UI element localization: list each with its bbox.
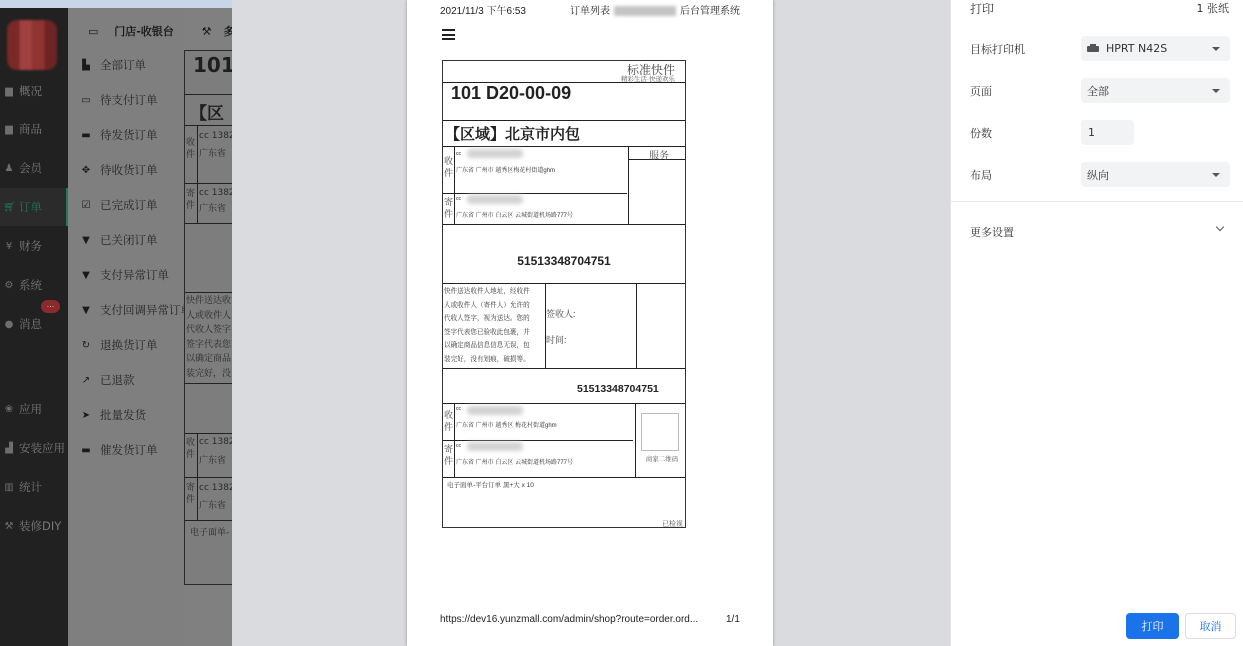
dropbox-icon: ✥ bbox=[80, 165, 92, 176]
tracking-number-2: 51513348704751 bbox=[577, 383, 659, 395]
sidebar-item-5[interactable]: ⚙系统 bbox=[0, 266, 68, 304]
notice-line: 装完好，没有划痕，破损等。 bbox=[444, 353, 530, 363]
sidebar-item-7[interactable]: ❀应用 bbox=[0, 390, 68, 428]
submenu-item-2[interactable]: ▬待发货订单 bbox=[80, 125, 158, 145]
pages-label: 页面 bbox=[970, 83, 992, 99]
submenu-item-8[interactable]: ↻退换货订单 bbox=[80, 335, 158, 355]
dropdown-arrow-icon bbox=[1212, 173, 1220, 177]
gavel-icon: ⚒ bbox=[202, 25, 212, 38]
print-preview-area: 2021/11/3 下午6:53 订单列表后台管理系统 标准快件 精彩生活·快递… bbox=[232, 0, 950, 646]
credit-card-icon: ▭ bbox=[80, 95, 92, 106]
top-nav-multistore[interactable]: ⚒多门店核 bbox=[202, 25, 232, 38]
sidebar-item-0[interactable]: ▆概况 bbox=[0, 72, 68, 110]
submenu-item-7[interactable]: ▼支付回调异常订单 bbox=[80, 300, 192, 320]
send-label-2: 寄件 bbox=[444, 443, 453, 467]
trash-icon: ▼ bbox=[80, 270, 92, 281]
chart-icon: ▥ bbox=[3, 482, 15, 493]
hamburger-icon bbox=[442, 29, 455, 43]
hammer-icon: ⚒ bbox=[3, 521, 15, 532]
send-address-1: 广东省 广州市 白云区 云城街道机场路777号 bbox=[456, 210, 573, 219]
trash-icon: ▼ bbox=[80, 305, 92, 316]
recv-address-1: 广东省 广州市 越秀区梅花村街道ghm bbox=[456, 165, 555, 174]
dropdown-arrow-icon bbox=[1212, 47, 1220, 51]
send-address-2: 广东省 广州市 白云区 云城街道机场路777号 bbox=[456, 457, 573, 466]
gears-icon: ⚙ bbox=[3, 280, 15, 291]
refresh-icon: ↻ bbox=[80, 340, 92, 351]
submenu-item-10[interactable]: ➤批量发货 bbox=[80, 405, 146, 425]
page-footer-number: 1/1 bbox=[726, 614, 740, 625]
send-label-1: 寄件 bbox=[444, 196, 453, 220]
members-icon: ♟ bbox=[3, 163, 15, 174]
order-info: 电子面单-平台订单 黑+大 x 10 bbox=[447, 480, 534, 489]
shipping-label: 标准快件 精彩生活·快递欢乐 101 D20-00-09 【区域】北京市内包 收… bbox=[442, 60, 686, 528]
copy-icon: ▙ bbox=[80, 60, 92, 71]
page-header-title: 订单列表后台管理系统 bbox=[570, 2, 740, 17]
destination-select[interactable]: HPRT N42S bbox=[1081, 36, 1230, 61]
sidebar-item-4[interactable]: ¥财务 bbox=[0, 227, 68, 265]
cart-icon: 🛒︎ bbox=[3, 202, 15, 213]
redacted-phone bbox=[467, 195, 523, 204]
destination-label: 目标打印机 bbox=[970, 41, 1025, 57]
redacted-phone bbox=[467, 406, 523, 415]
merchant-qr-code bbox=[641, 413, 679, 451]
submenu-item-5[interactable]: ▼已关闭订单 bbox=[80, 230, 158, 250]
page-footer-url: https://dev16.yunzmall.com/admin/shop?ro… bbox=[440, 614, 698, 625]
overview-icon: ▆ bbox=[3, 86, 15, 97]
submenu-item-0[interactable]: ▙全部订单 bbox=[80, 55, 146, 75]
submenu-item-1[interactable]: ▭待支付订单 bbox=[80, 90, 158, 110]
browser-strip bbox=[0, 0, 232, 8]
background-receipt-partial: 101 【区 收件 cc 1382 广东省 寄件 cc 1382 广东省 快件送… bbox=[184, 50, 232, 585]
pages-select[interactable]: 全部 bbox=[1081, 78, 1230, 103]
background-admin-app: ▆概况▆商品♟会员🛒︎订单¥财务⚙系统●消息❀应用▟安装应用▥统计⚒装修DIY … bbox=[0, 0, 232, 646]
redacted-phone bbox=[467, 149, 523, 158]
puzzle-icon: ▟ bbox=[3, 443, 15, 454]
copies-input[interactable]: 1 bbox=[1081, 120, 1134, 145]
region-code: 【区域】北京市内包 bbox=[445, 123, 580, 144]
check-square-icon: ☑ bbox=[80, 200, 92, 211]
recv-label-2: 收件 bbox=[444, 409, 453, 433]
paper-plane-icon: ➤ bbox=[80, 410, 92, 421]
dropdown-arrow-icon bbox=[1212, 89, 1220, 93]
submenu-item-4[interactable]: ☑已完成订单 bbox=[80, 195, 158, 215]
recv-label-1: 收件 bbox=[444, 155, 453, 179]
message-badge: ... bbox=[41, 300, 60, 313]
chevron-down-icon[interactable] bbox=[1216, 223, 1224, 231]
layout-select[interactable]: 纵向 bbox=[1081, 162, 1230, 187]
layout-label: 布局 bbox=[970, 167, 992, 183]
share-icon: ↗ bbox=[80, 375, 92, 386]
shop-logo-avatar bbox=[7, 20, 57, 70]
notice-line: 签字代表您已验收此包裹，并 bbox=[444, 326, 530, 336]
submenu-item-6[interactable]: ▼支付异常订单 bbox=[80, 265, 169, 285]
recv-address-2: 广东省 广州市 越秀区 梅花村街道ghm bbox=[456, 420, 557, 429]
sidebar-item-10[interactable]: ⚒装修DIY bbox=[0, 507, 68, 545]
sidebar-item-9[interactable]: ▥统计 bbox=[0, 468, 68, 506]
printer-icon bbox=[1087, 44, 1099, 54]
print-settings-panel: 打印 1 张纸 目标打印机 HPRT N42S 页面 全部 份数 1 布局 纵向… bbox=[950, 0, 1243, 646]
redacted-text bbox=[614, 6, 676, 16]
submenu-item-9[interactable]: ↗已退款 bbox=[80, 370, 135, 390]
qr-label: 商家二维码 bbox=[637, 454, 687, 463]
yen-icon: ¥ bbox=[3, 241, 15, 252]
screen: ▆概况▆商品♟会员🛒︎订单¥财务⚙系统●消息❀应用▟安装应用▥统计⚒装修DIY … bbox=[0, 0, 1243, 646]
sheet-count: 1 张纸 bbox=[1197, 0, 1230, 16]
trash-icon: ▼ bbox=[80, 235, 92, 246]
cashier-icon: ▭ bbox=[88, 25, 102, 38]
notice-line: 以确定商品信息信息无误，包 bbox=[444, 339, 530, 349]
top-nav-cashier[interactable]: ▭ 门店-收银台 bbox=[88, 25, 186, 38]
route-code: 101 D20-00-09 bbox=[451, 83, 571, 104]
service-label: 服务 bbox=[631, 147, 687, 162]
sidebar-item-1[interactable]: ▆商品 bbox=[0, 110, 68, 148]
sidebar-item-2[interactable]: ♟会员 bbox=[0, 149, 68, 187]
print-title: 打印 bbox=[970, 0, 994, 17]
notice-line: 代收人签字，视为送达。您的 bbox=[444, 312, 530, 322]
preview-page: 2021/11/3 下午6:53 订单列表后台管理系统 标准快件 精彩生活·快递… bbox=[407, 0, 773, 646]
sign-time-label: 时间: bbox=[546, 333, 567, 346]
truck-icon: ▬ bbox=[80, 445, 92, 456]
print-button[interactable]: 打印 bbox=[1126, 613, 1179, 639]
settings-divider bbox=[951, 201, 1243, 202]
chat-icon: ● bbox=[3, 319, 15, 330]
apps-icon: ❀ bbox=[3, 404, 15, 415]
more-settings-toggle[interactable]: 更多设置 bbox=[970, 224, 1014, 240]
truck-icon: ▬ bbox=[80, 130, 92, 141]
sidebar-item-3[interactable]: 🛒︎订单 bbox=[0, 188, 68, 226]
copies-label: 份数 bbox=[970, 125, 992, 141]
notice-line: 快件送达收件人地址，经收件 bbox=[444, 285, 530, 295]
notice-line: 人或收件人（寄件人）允许的 bbox=[444, 299, 530, 309]
submenu-item-11[interactable]: ▬催发货订单 bbox=[80, 440, 158, 460]
tracking-number: 51513348704751 bbox=[443, 254, 685, 268]
goods-icon: ▆ bbox=[3, 124, 15, 135]
page-header-date: 2021/11/3 下午6:53 bbox=[440, 2, 526, 17]
top-nav: ▭ 门店-收银台 ⚒多门店核 bbox=[88, 23, 232, 39]
signer-label: 签收人: bbox=[546, 307, 576, 320]
redacted-phone bbox=[467, 442, 523, 451]
cancel-button[interactable]: 取消 bbox=[1185, 613, 1236, 639]
sidebar-item-8[interactable]: ▟安装应用 bbox=[0, 429, 68, 467]
submenu-item-3[interactable]: ✥待收货订单 bbox=[80, 160, 158, 180]
checked-label: 已检视 bbox=[662, 519, 683, 529]
